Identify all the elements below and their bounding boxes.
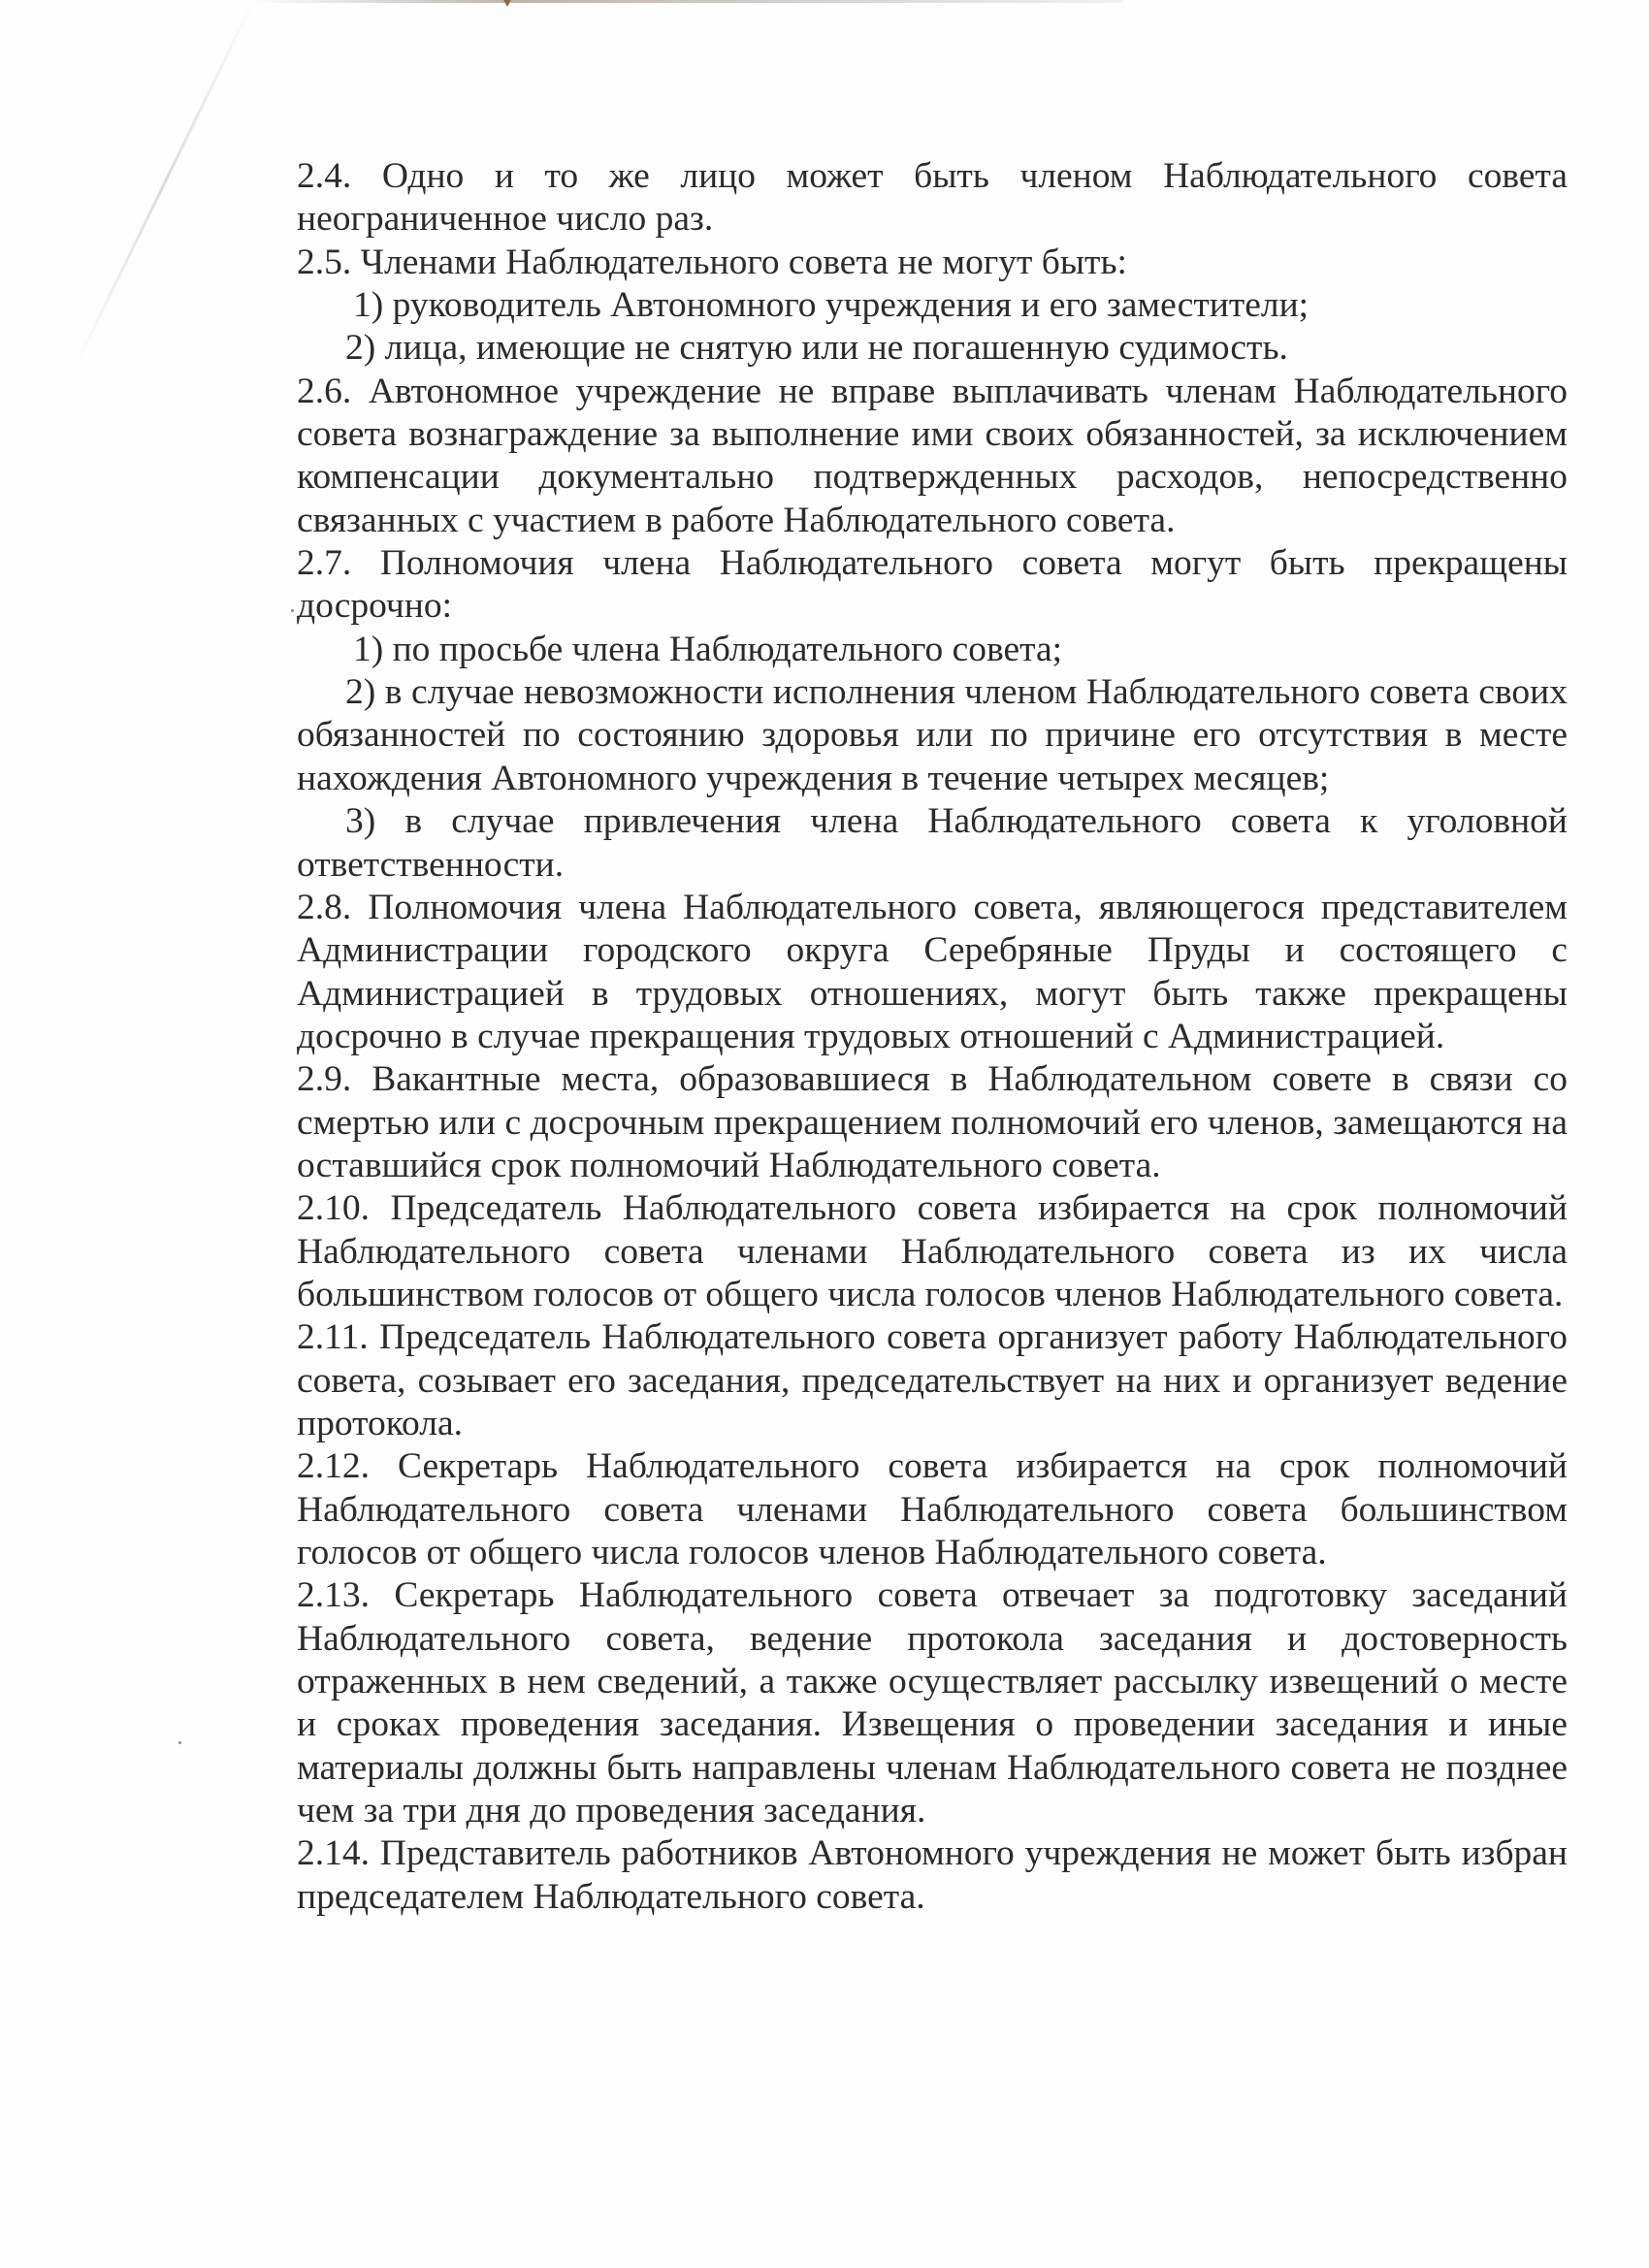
paragraph-2-12: 2.12. Секретарь Наблюдательного совета и… xyxy=(297,1445,1568,1574)
scan-artifact-mark xyxy=(503,0,511,7)
document-page: 2.4. Одно и то же лицо может быть членом… xyxy=(297,155,1568,1919)
paragraph-2-10: 2.10. Председатель Наблюдательного совет… xyxy=(297,1187,1568,1316)
paragraph-2-14: 2.14. Представитель работников Автономно… xyxy=(297,1832,1568,1919)
paragraph-2-4: 2.4. Одно и то же лицо может быть членом… xyxy=(297,155,1568,242)
list-item-2-7-2: 2) в случае невозможности исполнения чле… xyxy=(297,671,1568,800)
list-item-2-7-3: 3) в случае привлечения члена Наблюдател… xyxy=(297,800,1568,887)
scan-top-edge xyxy=(250,0,1123,3)
paragraph-2-7: 2.7. Полномочия члена Наблюдательного со… xyxy=(297,542,1568,629)
paragraph-2-8: 2.8. Полномочия члена Наблюдательного со… xyxy=(297,887,1568,1058)
list-item-2-5-1: 1) руководитель Автономного учреждения и… xyxy=(297,284,1568,327)
list-item-2-7-1: 1) по просьбе члена Наблюдательного сове… xyxy=(297,629,1568,671)
paragraph-2-11: 2.11. Председатель Наблюдательного совет… xyxy=(297,1316,1568,1445)
paragraph-2-13: 2.13. Секретарь Наблюдательного совета о… xyxy=(297,1574,1568,1832)
paragraph-2-6: 2.6. Автономное учреждение не вправе вып… xyxy=(297,371,1568,542)
list-item-2-5-2: 2) лица, имеющие не снятую или не погаше… xyxy=(297,327,1568,370)
paragraph-2-9: 2.9. Вакантные места, образовавшиеся в Н… xyxy=(297,1058,1568,1187)
scan-speck xyxy=(178,1741,181,1744)
scan-speck xyxy=(291,609,294,612)
paragraph-2-5: 2.5. Членами Наблюдательного совета не м… xyxy=(297,242,1568,284)
scan-crease-line xyxy=(74,0,255,368)
